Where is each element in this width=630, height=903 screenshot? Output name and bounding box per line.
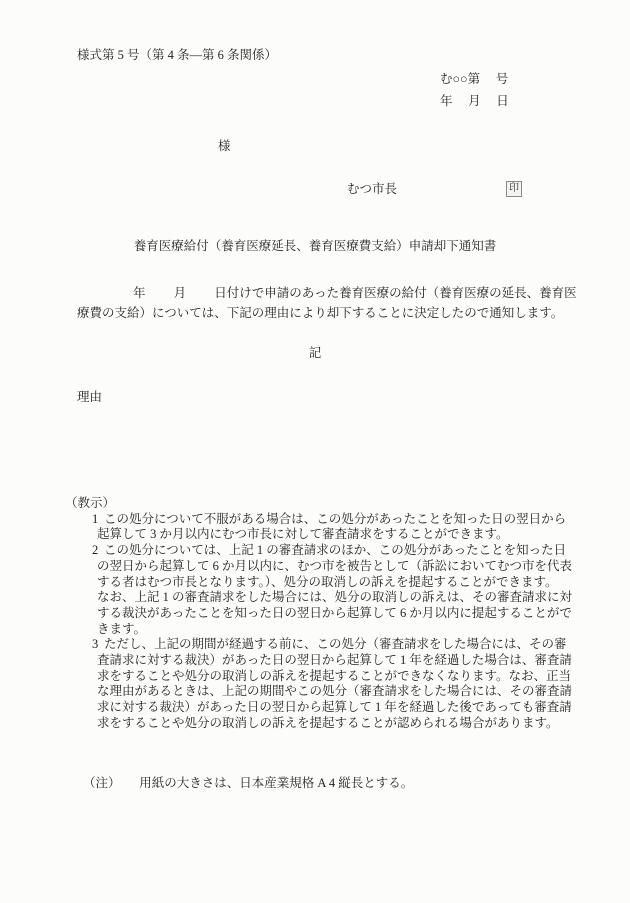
item-number: 3 (92, 637, 104, 653)
document-title: 養育医療給付（養育医療延長、養育医療費支給）申請却下通知書 (0, 238, 630, 254)
instruction-line: 3ただし、上記の期間が経過する前に、この処分（審査請求をした場合には、その審 (65, 637, 572, 653)
instruction-line: の翌日から起算して 6 か月以内に、むつ市を被告として（訴訟においてむつ市を代表 (65, 559, 572, 575)
form-number: 様式第 5 号（第 4 条―第 6 条関係） (77, 47, 277, 63)
instruction-text: この処分について不服がある場合は、この処分があったことを知った日の翌日から (104, 512, 566, 526)
instructions-heading: （教示） (65, 496, 572, 512)
instruction-text: この処分については、上記 1 の審査請求のほか、この処分があったことを知った日 (104, 543, 566, 557)
item-number: 1 (92, 512, 104, 528)
recipient-honorific: 様 (218, 138, 231, 154)
item-number: 2 (92, 543, 104, 559)
document-number-line: む○○第 号 (440, 71, 508, 87)
instruction-item-3: 3ただし、上記の期間が経過する前に、この処分（審査請求をした場合には、その審 査… (65, 637, 572, 731)
instruction-line: な理由があるときは、上記の期間やこの処分（審査請求をした場合には、その審査請 (65, 684, 572, 700)
instruction-item-1: 1この処分について不服がある場合は、この処分があったことを知った日の翌日から 起… (65, 512, 572, 543)
instruction-line: する裁決があったことを知った日の翌日から起算して 6 か月以内に提起することがで (65, 606, 572, 622)
instruction-line: する者はむつ市長となります。）、処分の取消しの訴えを提起することができます。 (65, 575, 572, 591)
instruction-line: 求に対する裁決）があった日の翌日から起算して 1 年を経過した後であっても審査請 (65, 700, 572, 716)
reason-label: 理由 (77, 389, 102, 405)
seal-stamp-icon: 印 (506, 181, 522, 197)
instruction-line: 1この処分について不服がある場合は、この処分があったことを知った日の翌日から (65, 512, 572, 528)
instructions-section: （教示） 1この処分について不服がある場合は、この処分があったことを知った日の翌… (65, 496, 572, 732)
instruction-line: きます。 (65, 622, 572, 638)
sender-name: むつ市長 (347, 181, 397, 197)
date-line: 年 月 日 (440, 93, 509, 109)
instruction-line: 求をすることや処分の取消しの訴えを提起することが認められる場合があります。 (65, 716, 572, 732)
body-line: 療費の支給）については、下記の理由により却下することに決定したので通知します。 (77, 303, 567, 323)
instruction-line: 2この処分については、上記 1 の審査請求のほか、この処分があったことを知った日 (65, 543, 572, 559)
instruction-line: 求をすることや処分の取消しの訴えを提起することができなくなります。なお、正当 (65, 669, 572, 685)
document-page: 様式第 5 号（第 4 条―第 6 条関係） む○○第 号 年 月 日 様 むつ… (0, 0, 630, 903)
instruction-line: 査請求に対する裁決）があった日の翌日から起算して 1 年を経過した場合は、審査請 (65, 653, 572, 669)
instruction-text: ただし、上記の期間が経過する前に、この処分（審査請求をした場合には、その審 (104, 637, 567, 651)
body-paragraph: 年 月 日付けで申請のあった養育医療の給付（養育医療の延長、養育医 療費の支給）… (77, 283, 567, 323)
instruction-line: 起算して 3 か月以内にむつ市長に対して審査請求をすることができます。 (65, 527, 572, 543)
instruction-line: なお、上記 1 の審査請求をした場合には、処分の取消しの訴えは、その審査請求に対 (65, 590, 572, 606)
sender-row: むつ市長 印 (347, 181, 547, 197)
ki-marker: 記 (0, 345, 630, 361)
instruction-item-2: 2この処分については、上記 1 の審査請求のほか、この処分があったことを知った日… (65, 543, 572, 637)
paper-size-note: （注） 用紙の大きさは、日本産業規格 A 4 縦長とする。 (83, 775, 413, 791)
body-line: 年 月 日付けで申請のあった養育医療の給付（養育医療の延長、養育医 (77, 283, 567, 303)
